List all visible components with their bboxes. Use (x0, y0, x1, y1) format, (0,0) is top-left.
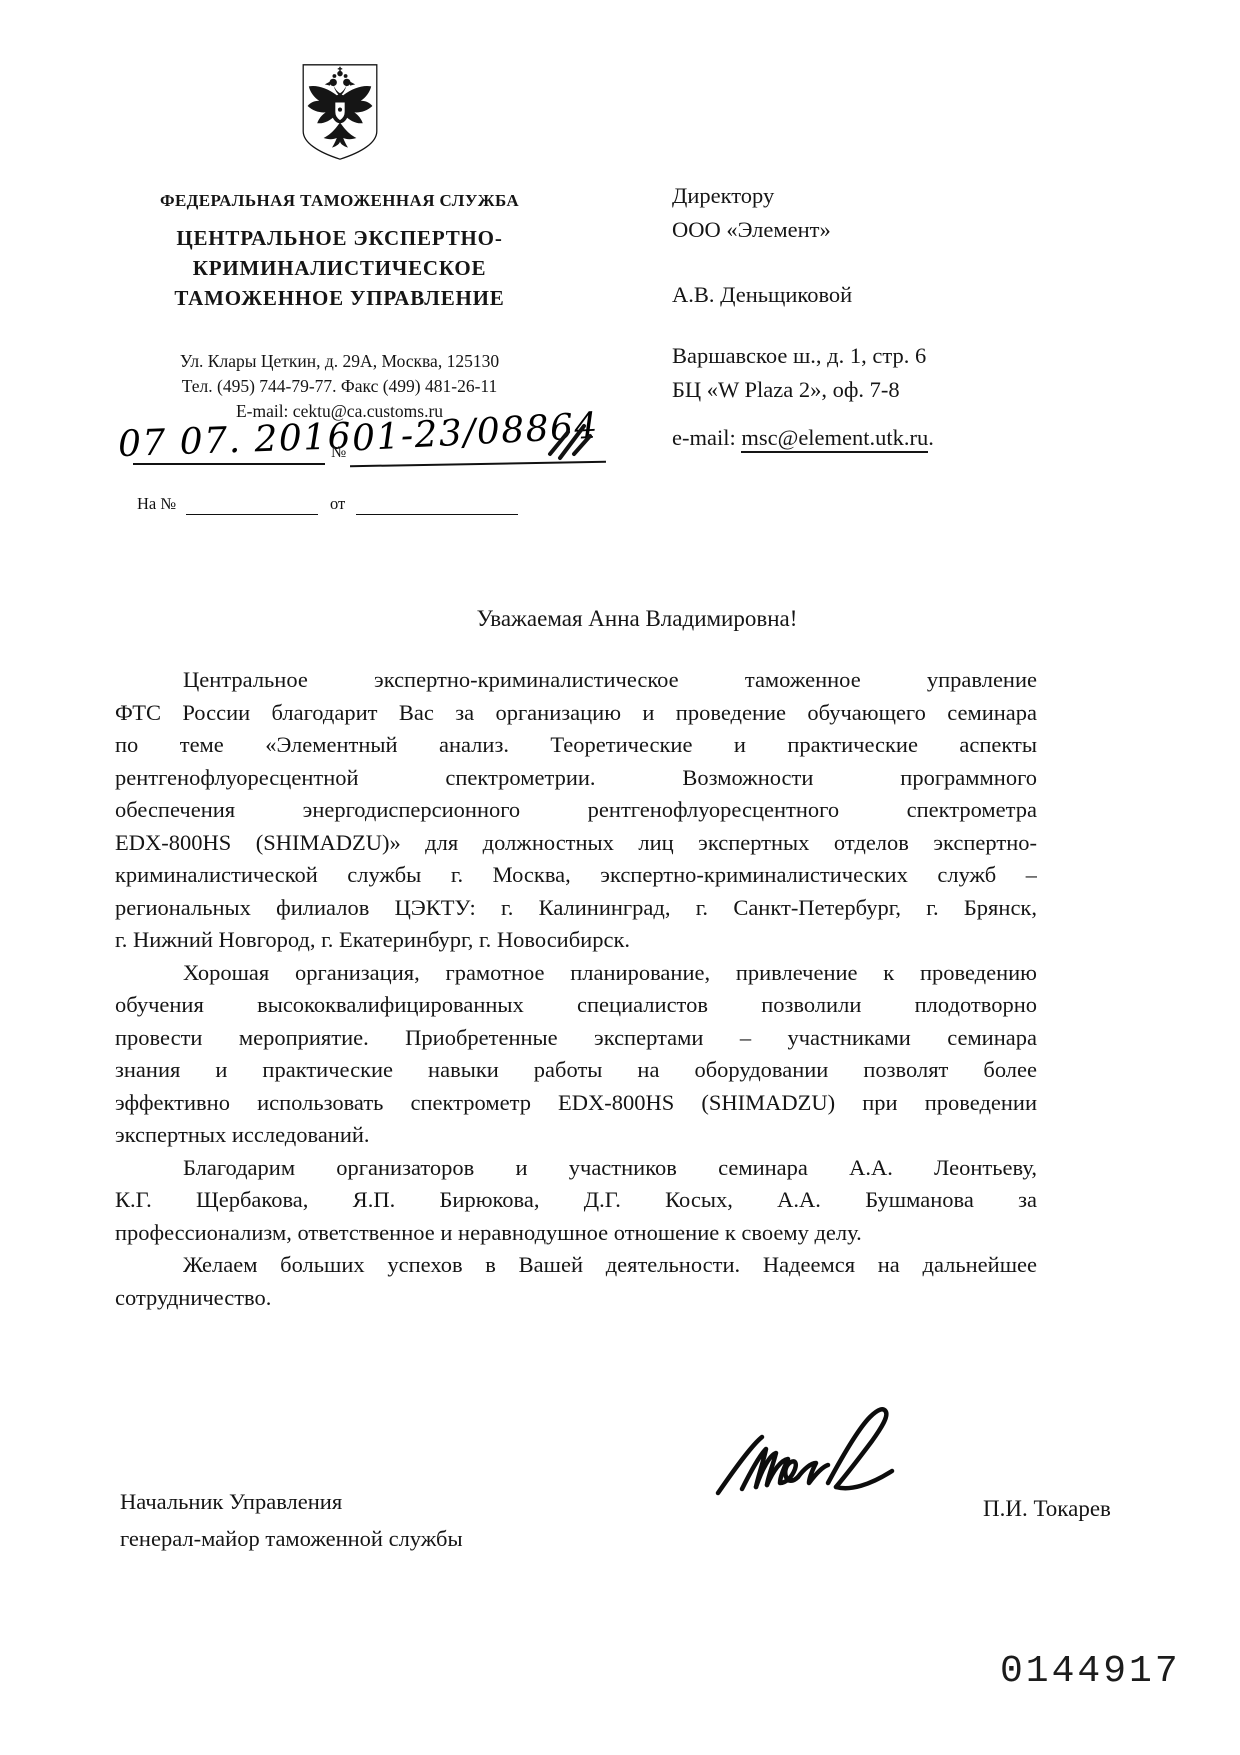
coat-of-arms-icon (300, 62, 380, 162)
registration-stamp-number: 0144917 (1000, 1650, 1181, 1693)
body-text-line: EDX-800HS (SHIMADZU)» для должностных ли… (115, 827, 1037, 860)
recipient-name: А.В. Деньщиковой (672, 281, 934, 308)
body-text-line: рентгенофлуоресцентной спектрометрии. Во… (115, 762, 1037, 795)
paragraph-2: Хорошая организация, грамотное планирова… (115, 957, 1037, 1152)
sender-phone-fax: Тел. (495) 744-79-77. Факс (499) 481-26-… (112, 374, 567, 399)
in-reply-to-label: На № (137, 494, 176, 514)
body-text-line: профессионализм, ответственное и неравно… (115, 1217, 1037, 1250)
recipient-address-line2: БЦ «W Plaza 2», оф. 7-8 (672, 376, 934, 403)
in-reply-from-label: от (330, 494, 345, 514)
body-text-line: Желаем больших успехов в Вашей деятельно… (115, 1249, 1037, 1282)
sender-address: Ул. Клары Цеткин, д. 29А, Москва, 125130 (112, 349, 567, 374)
body-text-line: г. Нижний Новгород, г. Екатеринбург, г. … (115, 924, 1037, 957)
signer-position: Начальник Управления генерал-майор тамож… (120, 1483, 463, 1557)
paragraph-3: Благодарим организаторов и участников се… (115, 1152, 1037, 1250)
body-text-line: знания и практические навыки работы на о… (115, 1054, 1037, 1087)
recipient-email-suffix: . (928, 425, 934, 450)
body-text-line: ФТС России благодарит Вас за организацию… (115, 697, 1037, 730)
recipient-block: Директору ООО «Элемент» А.В. Деньщиковой… (672, 182, 934, 451)
handwritten-signature (712, 1405, 927, 1505)
recipient-address-line1: Варшавское ш., д. 1, стр. 6 (672, 342, 934, 369)
date-underline (133, 463, 325, 465)
recipient-email-line: e-mail: msc@element.utk.ru. (672, 424, 934, 451)
body-text-line: К.Г. Щербакова, Я.П. Бирюкова, Д.Г. Косы… (115, 1184, 1037, 1217)
body-text-line: сотрудничество. (115, 1282, 1037, 1315)
body-text-line: по теме «Элементный анализ. Теоретически… (115, 729, 1037, 762)
agency-name: ФЕДЕРАЛЬНАЯ ТАМОЖЕННАЯ СЛУЖБА (112, 191, 567, 211)
body-text-line: обучения высококвалифицированных специал… (115, 989, 1037, 1022)
pen-scribble-mark (546, 420, 608, 462)
in-reply-date-blank (356, 514, 518, 515)
signer-position-line1: Начальник Управления (120, 1483, 463, 1520)
letter-body: Центральное экспертно-криминалистическое… (115, 664, 1037, 1314)
signer-position-line2: генерал-майор таможенной службы (120, 1520, 463, 1557)
body-text-line: криминалистической службы г. Москва, экс… (115, 859, 1037, 892)
number-sign-label: № (331, 444, 346, 462)
department-name-line2: КРИМИНАЛИСТИЧЕСКОЕ (112, 253, 567, 283)
handwritten-outgoing-date: 07 07. 2016 (117, 416, 352, 465)
letterhead-left-column: ФЕДЕРАЛЬНАЯ ТАМОЖЕННАЯ СЛУЖБА ЦЕНТРАЛЬНО… (112, 62, 567, 424)
department-name-line1: ЦЕНТРАЛЬНОЕ ЭКСПЕРТНО- (112, 223, 567, 253)
body-text-line: экспертных исследований. (115, 1119, 1037, 1152)
salutation: Уважаемая Анна Владимировна! (174, 606, 1100, 632)
in-reply-number-blank (186, 514, 318, 515)
body-text-line: Благодарим организаторов и участников се… (115, 1152, 1037, 1185)
paragraph-4: Желаем больших успехов в Вашей деятельно… (115, 1249, 1037, 1314)
recipient-title: Директору (672, 182, 934, 209)
body-text-line: эффективно использовать спектрометр EDX-… (115, 1087, 1037, 1120)
recipient-email-label: e-mail: (672, 425, 741, 450)
body-text-line: обеспечения энергодисперсионного рентген… (115, 794, 1037, 827)
department-name: ЦЕНТРАЛЬНОЕ ЭКСПЕРТНО- КРИМИНАЛИСТИЧЕСКО… (112, 223, 567, 313)
body-text-line: провести мероприятие. Приобретенные эксп… (115, 1022, 1037, 1055)
paragraph-1: Центральное экспертно-криминалистическое… (115, 664, 1037, 957)
body-text-line: Хорошая организация, грамотное планирова… (115, 957, 1037, 990)
department-name-line3: ТАМОЖЕННОЕ УПРАВЛЕНИЕ (112, 283, 567, 313)
body-text-line: региональных филиалов ЦЭКТУ: г. Калининг… (115, 892, 1037, 925)
recipient-organization: ООО «Элемент» (672, 216, 934, 243)
scanned-letter-page: ФЕДЕРАЛЬНАЯ ТАМОЖЕННАЯ СЛУЖБА ЦЕНТРАЛЬНО… (0, 0, 1240, 1755)
signer-name: П.И. Токарев (983, 1496, 1111, 1522)
recipient-email: msc@element.utk.ru (741, 425, 928, 453)
body-text-line: Центральное экспертно-криминалистическое… (115, 664, 1037, 697)
